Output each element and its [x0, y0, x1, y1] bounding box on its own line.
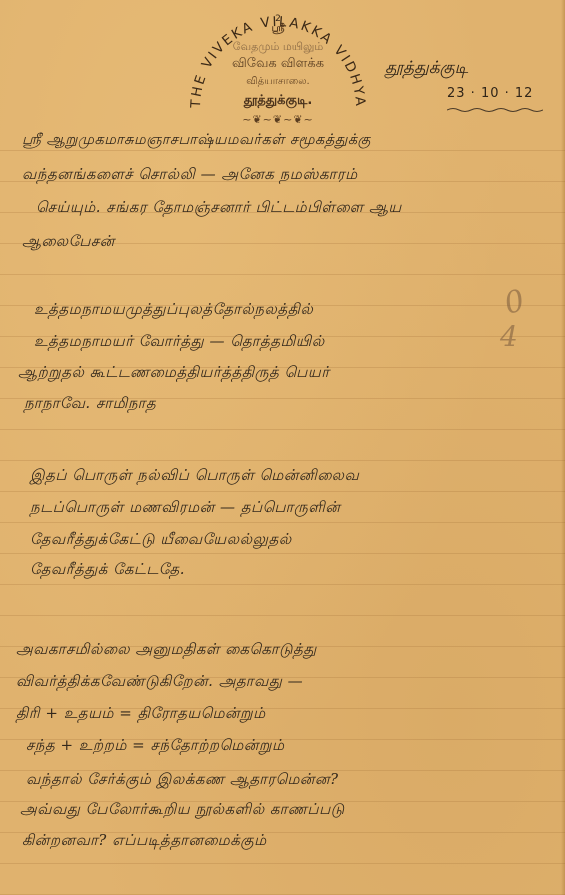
date-wavy-underline	[447, 107, 543, 113]
letter-place: தூத்துக்குடி	[385, 58, 468, 80]
ruled-line	[0, 522, 565, 523]
ruled-line	[0, 274, 565, 275]
letter-line: உத்தமநாமயமுத்துப்புலத்தோல்நலத்தில்	[34, 300, 313, 320]
letter-line: உத்தமநாமயர் வோர்த்து — தொத்தமியில்	[34, 332, 325, 352]
ruled-line	[0, 615, 565, 616]
letter-line: நாநாவே. சாமிநாத	[24, 394, 156, 414]
ruled-line	[0, 429, 565, 430]
letter-line: நடப்பொருள் மணவிரமன் — தப்பொருளின்	[30, 498, 340, 518]
letter-line: அவகாசமில்லை அனுமதிகள் கைகொடுத்து	[16, 640, 317, 660]
letterhead-school-type: வித்யாசாலை.	[178, 76, 378, 88]
letter-line: அவ்வது பேலோர்கூறிய நூல்களில் காணப்படு	[20, 800, 345, 820]
letterhead-town: தூத்துக்குடி.	[178, 93, 378, 109]
paper-edge-shadow	[561, 0, 565, 895]
letter-line: விவர்த்திக்கவேண்டுகிறேன். அதாவது —	[16, 672, 303, 692]
letter-line: சந்த + உற்றம் = சந்தோற்றமென்றும்	[26, 736, 285, 756]
ruled-line	[0, 491, 565, 492]
letter-line: தேவரீத்துக் கேட்டதே.	[30, 560, 185, 580]
letter-line: ஸ்ரீ ஆறுமுகமாசுமஞாசபாஷ்யமவர்கள் சமூகத்து…	[22, 132, 371, 150]
letterhead: THE VIVEKA VILAKKA VIDHYASALA. 2 ஸ்ரீ வே…	[178, 0, 378, 135]
pencil-margin-mark: 4	[500, 320, 518, 353]
letter-line: கின்றனவா? எப்படித்தானமைக்கும்	[22, 831, 267, 851]
ruled-line	[0, 150, 565, 151]
letter-line: வந்தால் சேர்க்கும் இலக்கண ஆதாரமென்ன?	[26, 770, 339, 790]
letterhead-motto: வேதமும் மயிலும்	[178, 40, 378, 55]
letter-date: 23 · 10 · 12	[447, 86, 533, 101]
letter-line: ஆற்றுதல் கூட்டணமைத்தியர்த்த்திருத் பெயர்	[18, 363, 330, 383]
letterhead-ornament: ~❦~❦~❦~	[178, 113, 378, 126]
letter-line: வந்தனங்களைச் சொல்லி — அனேக நமஸ்காரம்	[22, 165, 358, 185]
letterhead-invocation: ஸ்ரீ	[178, 23, 378, 35]
letter-line: இதப் பொருள் நல்விப் பொருள் மென்னிலைவ	[30, 466, 359, 486]
ruled-line	[0, 553, 565, 554]
ruled-line	[0, 863, 565, 864]
letter-line: திரி + உதயம் = திரோதயமென்றும்	[16, 704, 266, 724]
ruled-line	[0, 460, 565, 461]
letter-line: செய்யும். சங்கர தோமஞ்சனார் பிட்டம்பிள்ளை…	[36, 198, 402, 218]
letter-line: தேவரீத்துக்கேட்டு யீவையேலல்லுதல்	[30, 530, 292, 550]
letter-line: ஆலைபேசன்	[22, 232, 115, 252]
ruled-line	[0, 584, 565, 585]
letterhead-school-name: விவேக விளக்க	[178, 56, 378, 72]
